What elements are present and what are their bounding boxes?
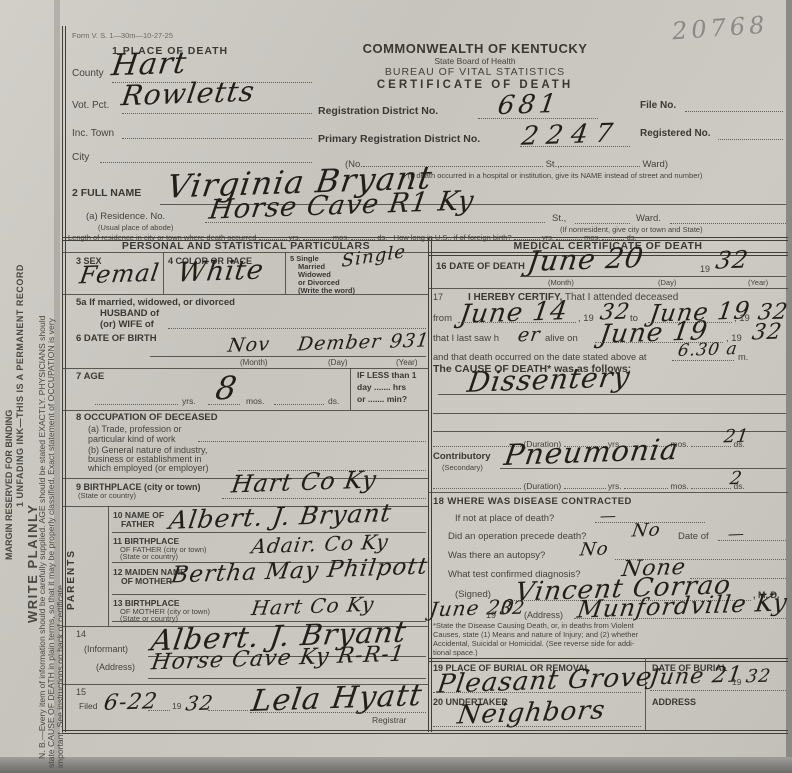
filing-num: 15: [76, 687, 86, 697]
contrib-duration-label: (Duration): [523, 481, 561, 491]
margin-binding-note: MARGIN RESERVED FOR BINDING: [4, 410, 14, 560]
undertaker-line: [433, 726, 641, 727]
attended-from-blank: [458, 322, 576, 323]
howlong-mos-blank: [556, 231, 582, 240]
precinct-value: Rowletts: [120, 78, 257, 111]
dob-label: 6 DATE OF BIRTH: [76, 334, 157, 345]
margin-ink-note: 1 UNFADING INK—THIS IS A PERMANENT RECOR…: [15, 264, 25, 507]
howlong-ds-blank: [602, 231, 624, 240]
residence-ward-label: Ward.: [636, 214, 661, 225]
death-time-value: 6.30 a: [677, 341, 739, 360]
cause-value: Dissentery: [466, 363, 633, 397]
filed-blank2: [208, 710, 248, 711]
death-certificate-scan: MARGIN RESERVED FOR BINDING 1 UNFADING I…: [0, 0, 792, 773]
file-no-line: [685, 111, 783, 112]
scan-right-edge: [786, 0, 792, 757]
length-yrs-blank: [259, 231, 287, 240]
secondary-label: (Secondary): [442, 464, 483, 472]
burial-date-value: June 21: [648, 664, 744, 689]
contrib-duration-mos-blank: [624, 480, 668, 489]
birthplace-state-label: (State or country): [78, 492, 136, 500]
length-ds-blank: [351, 231, 375, 240]
occupation-label: 8 OCCUPATION OF DECEASED: [76, 413, 218, 424]
filed-date-value: 6-22: [102, 691, 159, 715]
dod-value: June 20: [526, 244, 646, 276]
if-less-line3: or ....... min?: [357, 395, 407, 405]
physician-address-value: Munfordville Ky: [576, 590, 790, 621]
last-saw-label: that I last saw h: [433, 334, 499, 345]
operation-label: Did an operation precede death?: [448, 532, 586, 543]
contrib-duration-mos: mos.: [670, 481, 688, 491]
last-saw-pronoun: er: [517, 326, 542, 346]
mother-name-label2: OF MOTHER: [121, 577, 172, 587]
commonwealth-title: COMMONWEALTH OF KENTUCKY: [310, 42, 640, 57]
dob-year-label: (Year): [396, 359, 418, 368]
dob-day-value: Dember: [296, 333, 382, 355]
occupation-a-line1: (a) Trade, profession or: [88, 424, 182, 434]
primary-district-value: 2247: [520, 120, 622, 149]
contrib-duration-row: (Duration) yrs. mos. ds.: [433, 480, 745, 492]
marital-write-word-note: (Write the word): [298, 287, 355, 295]
footnote-line4: tional space.): [433, 649, 478, 657]
age-label: 7 AGE: [76, 372, 104, 383]
burial-place-line: [433, 692, 641, 693]
attended-from-value: June 14: [458, 298, 570, 328]
death-time-m-label: m.: [738, 352, 748, 362]
contrib-duration-yrs: yrs.: [608, 481, 622, 491]
if-not-label: If not at place of death?: [455, 514, 554, 525]
dod-year-preprint: 19: [700, 264, 710, 274]
county-value: Hart: [110, 49, 189, 82]
birthplace-value: Hart Co Ky: [230, 467, 379, 496]
contrib-duration-ds-value: 2: [729, 470, 744, 488]
signed-year-value: 32: [499, 600, 527, 619]
file-no-label: File No.: [640, 100, 676, 111]
cause-duration-ds-value: 21: [723, 428, 751, 447]
contrib-duration-lead: [433, 480, 521, 489]
dob-day-label: (Day): [328, 359, 348, 368]
duration-section-rule: [428, 492, 788, 493]
full-name-label: 2 FULL NAME: [72, 188, 141, 200]
length-mos-blank: [303, 231, 331, 240]
dod-year-value: 32: [714, 247, 750, 272]
race-cell-divider: [285, 252, 286, 294]
physician-address-label: (Address): [524, 610, 563, 620]
sex-cell-divider: [163, 252, 164, 294]
registrar-line: [250, 712, 426, 713]
dod-day-label: (Day): [658, 279, 676, 287]
contrib-duration-yrs-blank: [564, 480, 606, 489]
burial-year-value: 32: [745, 668, 773, 687]
burial-date-line: [650, 690, 786, 691]
autopsy-label: Was there an autopsy?: [448, 551, 545, 562]
margin-text-block: MARGIN RESERVED FOR BINDING 1 UNFADING I…: [2, 0, 62, 773]
city-label: City: [72, 152, 89, 163]
if-less-line1: IF LESS than 1: [357, 371, 417, 381]
last-seen-year: 32: [750, 321, 783, 344]
precinct-label: Vot. Pct.: [72, 100, 109, 111]
form-bottom-border: [62, 730, 788, 734]
dod-month-label: (Month): [548, 279, 574, 287]
residence-label: (a) Residence. No.: [86, 212, 165, 223]
informant-label: (Informant): [84, 644, 128, 654]
dob-month-label: (Month): [240, 359, 268, 368]
father-name-label2: FATHER: [121, 520, 154, 530]
burial-year-preprint: 19: [732, 678, 741, 688]
dob-month-value: Nov: [227, 335, 272, 355]
county-label: County: [72, 68, 104, 79]
occupation-a-blank: [198, 441, 426, 442]
father-bp-value: Adair. Co Ky: [250, 532, 390, 557]
undertaker-address-label: ADDRESS: [652, 697, 696, 707]
certify-from-label: from: [433, 314, 452, 325]
father-name-value: Albert. J. Bryant: [168, 500, 394, 533]
birthplace-blank: [222, 498, 426, 499]
residence-ward-blank: [670, 223, 786, 224]
father-bp-label3: (State or country): [120, 553, 178, 561]
cause-blank-line1: [433, 413, 786, 414]
dod-row-rule: [428, 288, 788, 289]
filed-blank1: [148, 710, 170, 711]
contributory-label: Contributory: [433, 452, 491, 463]
howlong-yrs-blank: [514, 231, 540, 240]
informant-num: 14: [76, 629, 86, 639]
age-row-rule: [62, 410, 428, 411]
sex-row-rule: [62, 294, 428, 295]
sex-value: Femal: [78, 261, 161, 288]
scan-bottom-edge: [0, 757, 792, 773]
reg-district-label: Registration District No.: [318, 106, 438, 118]
spouse-blank: [168, 328, 426, 329]
dod-year-label: (Year): [748, 279, 768, 287]
race-value: White: [176, 257, 266, 287]
physician-address-line: [574, 618, 786, 619]
registered-no-line: [718, 139, 783, 140]
wife-label: (or) WIFE of: [100, 320, 154, 331]
if-less-line2: day ....... hrs: [357, 383, 406, 393]
street-st-blank: [560, 158, 640, 167]
occupation-a-line2: particular kind of work: [88, 434, 176, 444]
age-ds-label: ds.: [328, 397, 339, 407]
burial-top-rule: [428, 658, 788, 662]
primary-district-label: Primary Registration District No.: [318, 134, 480, 146]
bureau-subtitle: BUREAU OF VITAL STATISTICS: [310, 67, 640, 79]
operation-date-label: Date of: [678, 532, 709, 543]
registered-no-label: Registered No.: [640, 128, 711, 139]
reg-district-value: 681: [496, 91, 562, 119]
dod-line: [520, 276, 786, 277]
street-st-label: St.,: [546, 159, 560, 170]
undertaker-value: Neighbors: [456, 697, 607, 728]
street-ward-label: Ward): [643, 159, 669, 170]
age-yrs-label: yrs.: [182, 397, 196, 407]
residence-st-blank: [575, 223, 630, 224]
precinct-line: [122, 113, 312, 114]
to-year-preprint: , 19: [734, 314, 750, 325]
from-year-preprint: , 19: [578, 314, 594, 325]
signed-year-preprint: 19: [486, 610, 496, 620]
parents-side-label: PARENTS: [66, 530, 77, 610]
contributory-value: Pneumonia: [502, 435, 680, 470]
alive-on-label: alive on: [545, 334, 578, 345]
certificate-title: CERTIFICATE OF DEATH: [310, 79, 640, 92]
age-ds-blank: [274, 404, 324, 405]
dob-row-rule: [62, 368, 428, 369]
cause-line: [438, 394, 786, 395]
operation-value: No: [631, 522, 662, 541]
residence-st-label: St.,: [552, 214, 566, 225]
dob-line: [150, 356, 426, 357]
mother-bp-value: Hart Co Ky: [250, 594, 375, 618]
filed-label: Filed: [79, 702, 97, 712]
parents-inner-divider: [108, 506, 109, 626]
autopsy-value: No: [579, 541, 610, 560]
operation-date-blank: [718, 540, 786, 541]
dod-label: 16 DATE OF DEATH: [436, 262, 525, 273]
death-time-blank: [672, 360, 734, 361]
certify-num: 17: [433, 292, 443, 302]
age-mos-label: mos.: [246, 397, 264, 407]
filed-year-preprint: 19: [172, 702, 181, 712]
occupation-b-line3: which employed (or employer): [88, 463, 209, 473]
if-less-box-divider: [350, 368, 351, 410]
dob-year-value: 931: [389, 331, 431, 351]
form-number: Form V. S. 1—30m—10-27-25: [72, 32, 173, 40]
informant-address-label: (Address): [96, 662, 135, 672]
age-yrs-blank: [95, 404, 178, 405]
contrib-duration-ds-blank: [691, 480, 731, 489]
inc-town-line: [122, 138, 312, 139]
inc-town-label: Inc. Town: [72, 128, 114, 139]
registrar-label: Registrar: [372, 716, 406, 726]
